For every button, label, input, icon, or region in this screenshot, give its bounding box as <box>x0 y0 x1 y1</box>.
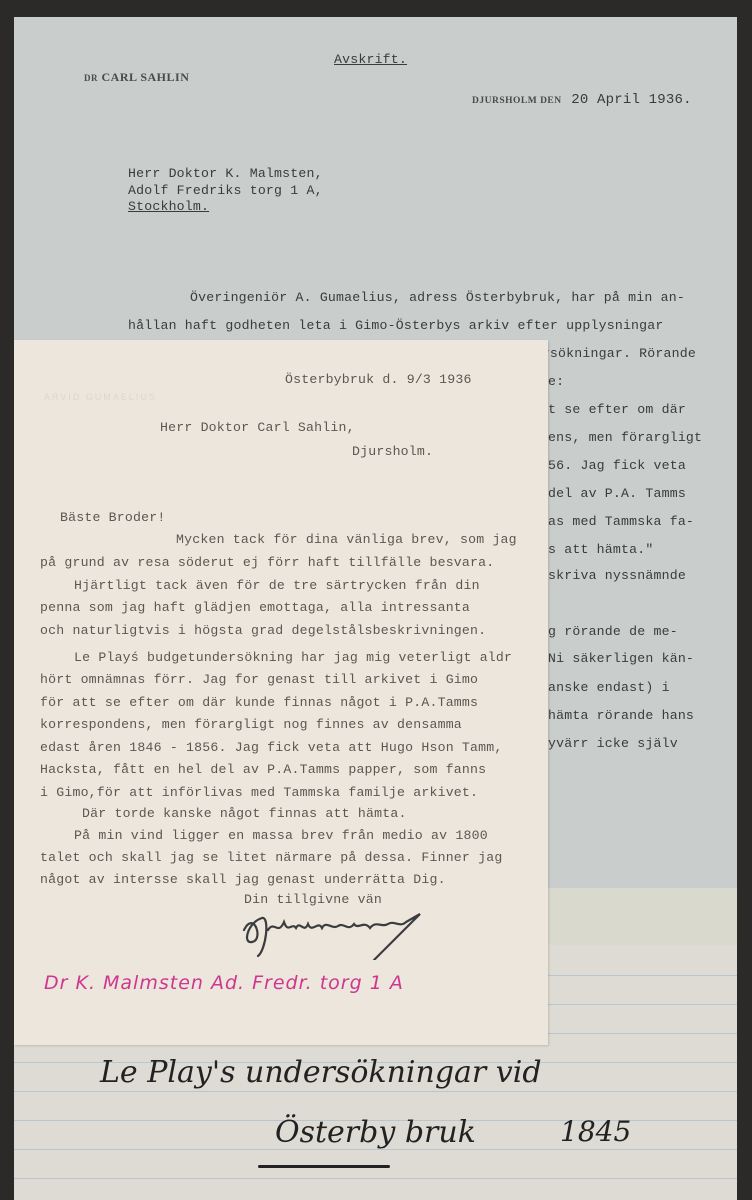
recipient-line: Herr Doktor K. Malmsten, <box>128 166 323 181</box>
letter-date-line: DJURSHOLM DEN 20 April 1936. <box>472 90 692 108</box>
title-underline <box>258 1165 390 1168</box>
body-fragment: skriva nyssnämnde <box>548 568 686 583</box>
letterhead-name: DR CARL SAHLIN <box>84 70 189 85</box>
signature-icon <box>234 900 514 960</box>
body-line: edast åren 1846 - 1856. Jag fick veta at… <box>40 740 503 755</box>
handwritten-year: 1845 <box>560 1115 631 1148</box>
body-line: hållan haft godheten leta i Gimo-Österby… <box>128 318 664 333</box>
body-fragment: t se efter om där <box>548 402 686 417</box>
body-line: Hacksta, fått en hel del av P.A.Tamms pa… <box>40 762 486 777</box>
body-fragment: g rörande de me- <box>548 624 678 639</box>
body-fragment: del av P.A. Tamms <box>548 486 686 501</box>
body-fragment: ens, men förargligt <box>548 430 702 445</box>
body-line: i Gimo,för att införlivas med Tammska fa… <box>40 785 478 800</box>
body-line: hört omnämnas förr. Jag for genast till … <box>40 672 478 687</box>
body-line: korrespondens, men förargligt nog finnes… <box>40 717 462 732</box>
salutation: Bäste Broder! <box>60 510 165 525</box>
body-line: penna som jag haft glädjen emottaga, all… <box>40 600 470 615</box>
faint-letterhead: ARVID GUMAELIUS <box>44 392 157 402</box>
body-fragment: yvärr icke själv <box>548 736 678 751</box>
pink-annotation: Dr K. Malmsten Ad. Fredr. torg 1 A <box>44 972 404 994</box>
body-line: Mycken tack för dina vänliga brev, som j… <box>176 532 517 547</box>
body-line: och naturligtvis i högsta grad degelstål… <box>40 623 486 638</box>
body-fragment: as med Tammska fa- <box>548 514 694 529</box>
body-fragment: e: <box>548 374 564 389</box>
body-fragment: s att hämta." <box>548 542 653 557</box>
place-date: Österbybruk d. 9/3 1936 <box>285 372 472 387</box>
copy-mark: Avskrift. <box>334 52 407 67</box>
body-line: för att se efter om där kunde finnas någ… <box>40 695 478 710</box>
body-line: Överingeniör A. Gumaelius, adress Österb… <box>190 290 685 305</box>
body-line: på grund av resa söderut ej förr haft ti… <box>40 555 494 570</box>
body-line: något av intersse skall jag genast under… <box>40 872 446 887</box>
body-line: Le Playś budgetundersökning har jag mig … <box>74 650 512 665</box>
body-line: På min vind ligger en massa brev från me… <box>74 828 488 843</box>
recipient-line: Herr Doktor Carl Sahlin, <box>160 420 355 435</box>
recipient-line: Adolf Fredriks torg 1 A, <box>128 183 323 198</box>
body-fragment: Ni säkerligen kän- <box>548 651 694 666</box>
recipient-line: Djursholm. <box>352 444 433 459</box>
body-line: talet och skall jag se litet närmare på … <box>40 850 503 865</box>
body-fragment: 56. Jag fick veta <box>548 458 686 473</box>
handwritten-place: Österby bruk <box>275 1115 476 1150</box>
body-fragment: hämta rörande hans <box>548 708 694 723</box>
body-line: Hjärtligt tack även för de tre särtrycke… <box>74 578 480 593</box>
body-fragment: anske endast) i <box>548 680 670 695</box>
recipient-line: Stockholm. <box>128 199 209 214</box>
body-line: Där torde kanske något finnas att hämta. <box>82 806 407 821</box>
front-letter-sheet: ARVID GUMAELIUS Österbybruk d. 9/3 1936 … <box>14 340 548 1045</box>
handwritten-title-line1: Le Play's undersökningar vid <box>100 1055 542 1090</box>
